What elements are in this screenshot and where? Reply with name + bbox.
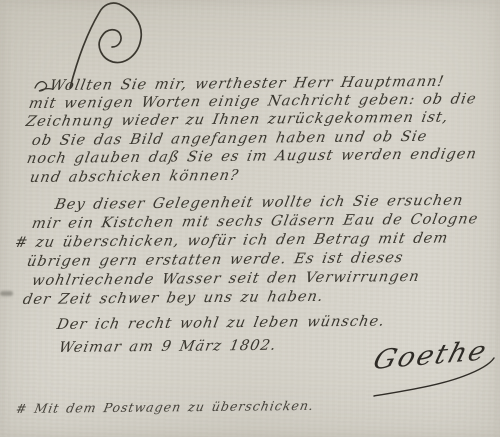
letter-line: und abschicken können? xyxy=(28,167,240,187)
letter-line: der Zeit schwer bey uns zu haben. xyxy=(21,288,325,309)
letter-line: übrigen gern erstatten werde. Es ist die… xyxy=(25,249,405,271)
signature: Goethe xyxy=(372,342,490,370)
letter-line: noch glauben daß Sie es im August werden… xyxy=(25,145,478,168)
letter-page: Wollten Sie mir, werthester Herr Hauptma… xyxy=(0,0,500,437)
letter-line: wohlriechende Wasser seit den Verwirrung… xyxy=(30,268,421,290)
edge-smudge-mark xyxy=(0,291,13,296)
dateline: Weimar am 9 März 1802. xyxy=(57,337,278,357)
closing-line: Der ich recht wohl zu leben wünsche. xyxy=(55,313,386,334)
footnote-line: # Mit dem Postwagen zu überschicken. xyxy=(14,397,315,418)
